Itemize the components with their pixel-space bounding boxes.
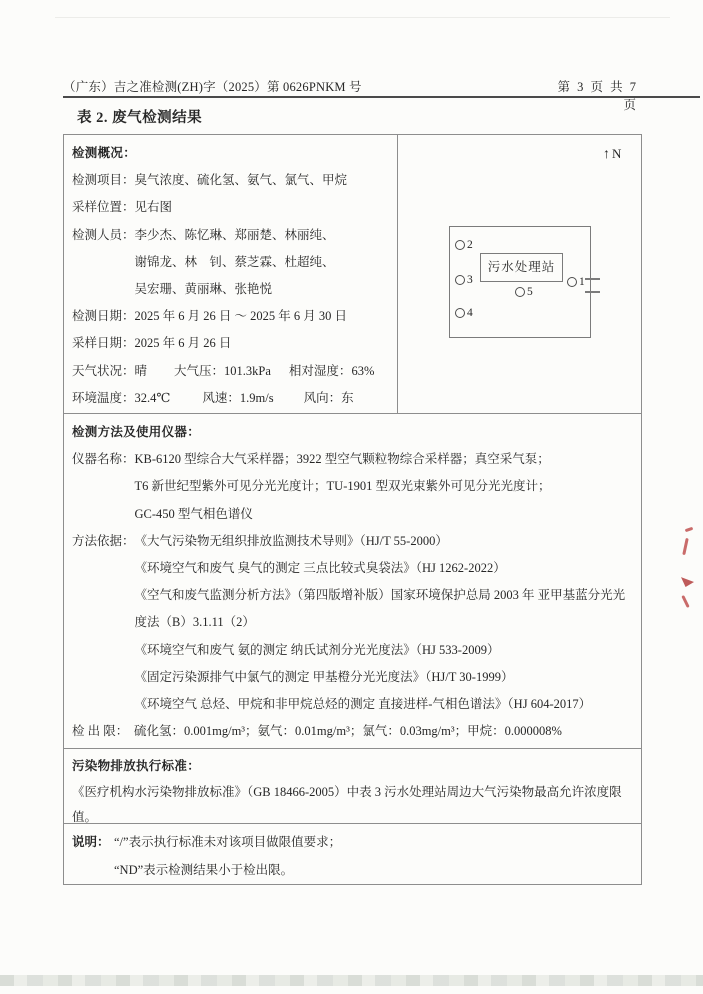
method-basis-row: 方法依据： 《大气污染物无组织排放监测技术导则》（HJ/T 55-2000） 《…: [72, 528, 631, 718]
detection-limit-value: 硫化氢：0.001mg/m³；氨气：0.01mg/m³；氯气：0.03mg/m³…: [134, 718, 631, 745]
wind-direction-value: 东: [341, 391, 354, 405]
method-basis-line: 《固定污染源排气中氯气的测定 甲基橙分光光度法》（HJ/T 30-1999）: [135, 664, 631, 691]
sampling-date-row: 采样日期： 2025 年 6 月 26 日: [72, 330, 393, 357]
sampling-point-1: 1: [567, 276, 585, 288]
wind-speed-label: 风速：: [202, 391, 240, 405]
detection-limit-label: 检 出 限：: [72, 718, 134, 745]
temperature-label: 环境温度：: [72, 391, 135, 405]
test-date-value: 2025 年 6 月 26 日 ～ 2025 年 6 月 30 日: [135, 303, 393, 330]
standard-text: 《医疗机构水污染物排放标准》（GB 18466-2005）中表 3 污水处理站周…: [72, 780, 635, 831]
header-divider: [63, 96, 700, 98]
instrument-line: KB-6120 型综合大气采样器；3922 型空气颗粒物综合采样器；真空采气泵；: [135, 446, 631, 473]
methods-section: 检测方法及使用仪器： 仪器名称： KB-6120 型综合大气采样器；3922 型…: [64, 414, 641, 748]
sampling-date-value: 2025 年 6 月 26 日: [135, 330, 393, 357]
gate-mark: [585, 291, 600, 293]
gate-mark: [585, 278, 600, 280]
point-circle-icon: [455, 240, 465, 250]
sampling-point-4: 4: [455, 307, 473, 319]
north-label: N: [612, 146, 622, 161]
temperature-row: 环境温度：32.4℃ 风速：1.9m/s 风向：东: [72, 385, 393, 412]
personnel-line: 谢锦龙、林 钊、蔡芝霖、杜超纯、: [135, 249, 393, 276]
sampling-location-value: 见右图: [135, 194, 393, 221]
point-circle-icon: [515, 287, 525, 297]
weather-row: 天气状况：晴 大气压：101.3kPa 相对湿度：63%: [72, 358, 393, 385]
point-number: 3: [467, 274, 473, 286]
wind-direction-label: 风向：: [304, 391, 342, 405]
temperature-value: 32.4℃: [135, 391, 171, 405]
north-arrow-icon: [603, 146, 612, 161]
red-pen-mark: [685, 527, 694, 532]
pressure-label: 大气压：: [174, 364, 224, 378]
method-basis-line: 《环境空气和废气 氨的测定 纳氏试剂分光光度法》（HJ 533-2009）: [135, 637, 631, 664]
standard-heading: 污染物排放执行标准：: [72, 754, 631, 780]
point-number: 4: [467, 307, 473, 319]
note-row: 说明： “/”表示执行标准未对该项目做限值要求； “ND”表示检测结果小于检出限…: [72, 828, 631, 884]
instruments-list: KB-6120 型综合大气采样器；3922 型空气颗粒物综合采样器；真空采气泵；…: [135, 446, 631, 528]
personnel-line: 吴宏珊、黄丽琳、张艳悦: [135, 276, 393, 303]
test-date-row: 检测日期： 2025 年 6 月 26 日 ～ 2025 年 6 月 30 日: [72, 303, 393, 330]
instruments-label: 仪器名称：: [72, 446, 135, 473]
point-number: 1: [579, 276, 585, 288]
weather-label: 天气状况：: [72, 364, 135, 378]
red-pen-mark: [682, 538, 688, 555]
note-line: “ND”表示检测结果小于检出限。: [114, 856, 341, 884]
point-circle-icon: [567, 277, 577, 287]
test-date-label: 检测日期：: [72, 303, 135, 330]
notes-list: “/”表示执行标准未对该项目做限值要求； “ND”表示检测结果小于检出限。: [114, 828, 341, 884]
pressure-pair: 大气压：101.3kPa: [174, 358, 271, 385]
weather-value: 晴: [135, 364, 148, 378]
site-diagram: N 污水处理站 2 3 4 5 1: [398, 135, 641, 413]
north-indicator: N: [603, 146, 622, 163]
point-number: 5: [527, 286, 533, 298]
humidity-label: 相对湿度：: [289, 364, 352, 378]
test-items-label: 检测项目：: [72, 167, 135, 194]
page-title: 表 2. 废气检测结果: [77, 106, 202, 127]
instruments-row: 仪器名称： KB-6120 型综合大气采样器；3922 型空气颗粒物综合采样器；…: [72, 446, 631, 528]
wind-direction-pair: 风向：东: [304, 385, 354, 412]
standard-section: 污染物排放执行标准： 《医疗机构水污染物排放标准》（GB 18466-2005）…: [64, 749, 641, 823]
test-items-row: 检测项目： 臭气浓度、硫化氢、氨气、氯气、甲烷: [72, 167, 393, 194]
personnel-line: 李少杰、陈忆琳、郑丽楚、林丽纯、: [135, 222, 393, 249]
doc-number: （广东）吉之准检测(ZH)字（2025）第 0626PNKM 号: [63, 77, 362, 95]
page-number: 第 3 页 共 7 页: [538, 77, 638, 113]
point-number: 2: [467, 239, 473, 251]
red-pen-mark: [681, 595, 689, 608]
method-basis-label: 方法依据：: [72, 528, 135, 555]
test-items-value: 臭气浓度、硫化氢、氨气、氯气、甲烷: [135, 167, 393, 194]
personnel-names: 李少杰、陈忆琳、郑丽楚、林丽纯、 谢锦龙、林 钊、蔡芝霖、杜超纯、 吴宏珊、黄丽…: [135, 222, 393, 304]
sampling-date-label: 采样日期：: [72, 330, 135, 357]
sampling-point-5: 5: [515, 286, 533, 298]
red-pen-mark: [681, 576, 694, 587]
notes-section: 说明： “/”表示执行标准未对该项目做限值要求； “ND”表示检测结果小于检出限…: [64, 824, 641, 884]
instrument-line: T6 新世纪型紫外可见分光光度计；TU-1901 型双光束紫外可见分光光度计；: [135, 473, 631, 500]
overview-heading: 检测概况：: [72, 140, 393, 167]
pressure-value: 101.3kPa: [224, 364, 271, 378]
humidity-value: 63%: [351, 364, 374, 378]
note-line: “/”表示执行标准未对该项目做限值要求；: [114, 828, 341, 856]
sampling-point-3: 3: [455, 274, 473, 286]
personnel-row: 检测人员： 李少杰、陈忆琳、郑丽楚、林丽纯、 谢锦龙、林 钊、蔡芝霖、杜超纯、 …: [72, 222, 393, 304]
station-building: 污水处理站: [480, 253, 563, 282]
method-basis-line: 《环境空气 总烃、甲烷和非甲烷总烃的测定 直接进样-气相色谱法》（HJ 604-…: [135, 691, 631, 718]
notes-label: 说明：: [72, 828, 114, 856]
instrument-line: GC-450 型气相色谱仪: [135, 501, 631, 528]
method-basis-line: 《环境空气和废气 臭气的测定 三点比较式臭袋法》（HJ 1262-2022）: [135, 555, 631, 582]
method-basis-list: 《大气污染物无组织排放监测技术导则》（HJ/T 55-2000） 《环境空气和废…: [135, 528, 631, 718]
scan-artifact-topline: [55, 17, 670, 18]
sampling-location-label: 采样位置：: [72, 194, 135, 221]
wind-speed-pair: 风速：1.9m/s: [202, 385, 273, 412]
point-circle-icon: [455, 275, 465, 285]
scan-artifact-strip: [0, 975, 703, 986]
detection-limit-row: 检 出 限： 硫化氢：0.001mg/m³；氨气：0.01mg/m³；氯气：0.…: [72, 718, 631, 745]
report-table: 检测概况： 检测项目： 臭气浓度、硫化氢、氨气、氯气、甲烷 采样位置： 见右图 …: [63, 134, 642, 885]
humidity-pair: 相对湿度：63%: [289, 358, 374, 385]
methods-heading: 检测方法及使用仪器：: [72, 419, 631, 446]
personnel-label: 检测人员：: [72, 222, 135, 249]
temperature-pair: 环境温度：32.4℃: [72, 385, 170, 412]
point-circle-icon: [455, 308, 465, 318]
wind-speed-value: 1.9m/s: [240, 391, 274, 405]
overview-section: 检测概况： 检测项目： 臭气浓度、硫化氢、氨气、氯气、甲烷 采样位置： 见右图 …: [64, 135, 397, 413]
weather-pair: 天气状况：晴: [72, 358, 147, 385]
sampling-point-2: 2: [455, 239, 473, 251]
method-basis-line: 《大气污染物无组织排放监测技术导则》（HJ/T 55-2000）: [135, 528, 631, 555]
method-basis-line: 《空气和废气监测分析方法》（第四版增补版）国家环境保护总局 2003 年 亚甲基…: [135, 582, 631, 636]
sampling-location-row: 采样位置： 见右图: [72, 194, 393, 221]
